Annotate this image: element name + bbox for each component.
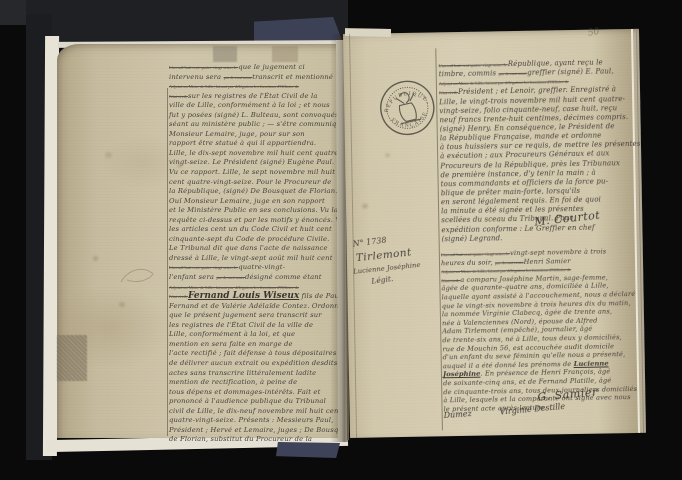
text-line: Fernand et de Valérie Adélaïde Contez. O… [169, 293, 345, 303]
printed-form-text-struck: Adjoint au Maire de Lille, faisant par d… [169, 285, 299, 290]
printed-form-text-struck: l'état civil, [169, 94, 188, 99]
margin-rule [167, 88, 168, 436]
binding-rule [349, 34, 357, 438]
folio-number-annotation: 50 [587, 27, 600, 39]
printed-form-text-struck: l'état civil, [169, 294, 188, 299]
text-line: L'an mil huit cent quatre-vingt-seize, l… [169, 54, 345, 64]
text-line: ville de Lille, conformément à la loi ; … [169, 92, 345, 102]
margin-flourish [119, 264, 159, 288]
margin-legitimacy-note: Légit. [371, 274, 394, 286]
printed-form-text-struck: L'an mil huit cent quatre-vingt-seize, l… [169, 265, 238, 270]
foxing-spot [93, 256, 98, 261]
judgment-continuation-text: L'an mil huit cent quatre-vingt-seize, l… [438, 49, 641, 235]
text-line: dressé à Lille, le vingt-sept août mil h… [169, 245, 345, 255]
witness-signature: Dumez [443, 409, 472, 420]
text-line: et le Ministère Public en ses conclusion… [169, 197, 345, 207]
text-line: requête ci-dessus et par les motifs y én… [169, 207, 345, 217]
text-line: fut y posées (signé) L. Bulteau, sont co… [169, 102, 345, 112]
text-line: vingt-seize. Le Président (signé) Eugène… [169, 149, 345, 159]
text-line: les articles cent un du Code Civil et hu… [169, 216, 345, 226]
act-number: N° 1738 [352, 236, 387, 249]
text-line: cent quatre-vingt-seize. Pour le Procure… [169, 169, 345, 179]
text-line: quatre-vingt-seize. Présents : Messieurs… [169, 407, 345, 417]
foxing-spot [119, 302, 125, 307]
text-line: que le présent jugement sera transcrit s… [169, 302, 345, 312]
text-line: Lille, le dix-sept novembre mil huit cen… [169, 140, 345, 150]
printed-form-text-struck: par devant nous [499, 71, 528, 76]
text-line: Président ; Hervé et Lemaire, juges ; De… [169, 417, 345, 427]
printed-form-text-struck: l'état civil, [439, 90, 458, 95]
text-line: Ouï Monsieur Lemaire, juge en son rappor… [169, 188, 345, 198]
printed-form-text-struck: par devant nous [216, 275, 245, 280]
text-line: séant au ministère public ; — s'être com… [169, 111, 345, 121]
text-line: mention de rectification, à peine de [169, 369, 345, 379]
printed-form-text-struck: l'état civil, [441, 278, 460, 283]
text-line: de délivrer aucun extrait ou expédition … [169, 350, 345, 360]
printed-form-text-struck: L'an mil huit cent quatre-vingt-seize, l… [169, 65, 238, 70]
printed-form-text-struck: par devant nous [495, 259, 524, 264]
text-line: la République, (signé) De Bousquet de Fl… [169, 178, 345, 188]
text-line: Vu ce rapport. Lille, le sept novembre m… [169, 159, 345, 169]
archival-register-scan: L'an mil huit cent quatre-vingt-seize, l… [0, 0, 682, 480]
margin-smudge [57, 335, 87, 381]
text-line: prononcé à l'audience publique du Tribun… [169, 388, 345, 398]
left-page: L'an mil huit cent quatre-vingt-seize, l… [57, 44, 345, 438]
foxing-spot [362, 204, 368, 209]
text-line: Lille, conformément à la loi, et que [169, 321, 345, 331]
text-line: mention en sera faite en marge de [169, 331, 345, 341]
underleaf-corner [345, 28, 391, 37]
text-line: l'acte rectifié ; fait défense à tous dé… [169, 340, 345, 350]
text-line: civil de Lille, le dix-neuf novembre mil… [169, 398, 345, 408]
birth-act-text: L'an mil huit cent quatre-vingt-seize, l… [441, 238, 646, 405]
right-page: RÉPUBLIQUE FRANÇAISE L'an mil huit cent … [343, 29, 646, 438]
printed-form-text-struck: par devant nous [224, 75, 253, 80]
text-line: Le Tribunal dit que dans l'acte de naiss… [169, 235, 345, 245]
text-line: rapport être statué à qui il appartiendr… [169, 130, 345, 140]
binding-cloth-bottom [276, 442, 340, 458]
left-page-text: L'an mil huit cent quatre-vingt-seize, l… [169, 54, 345, 436]
printed-form-text-struck: Adjoint au Maire de Lille, faisant par d… [169, 84, 299, 89]
text-line: tous dépens et dommages-intérêts. Fait e… [169, 379, 345, 389]
foxing-spot [105, 152, 112, 158]
handwritten-text: de Florian, substitut du Procureur de la [169, 435, 312, 443]
text-line: cinquante-sept du Code de procédure Civi… [169, 226, 345, 236]
foxing-spot [385, 153, 390, 157]
